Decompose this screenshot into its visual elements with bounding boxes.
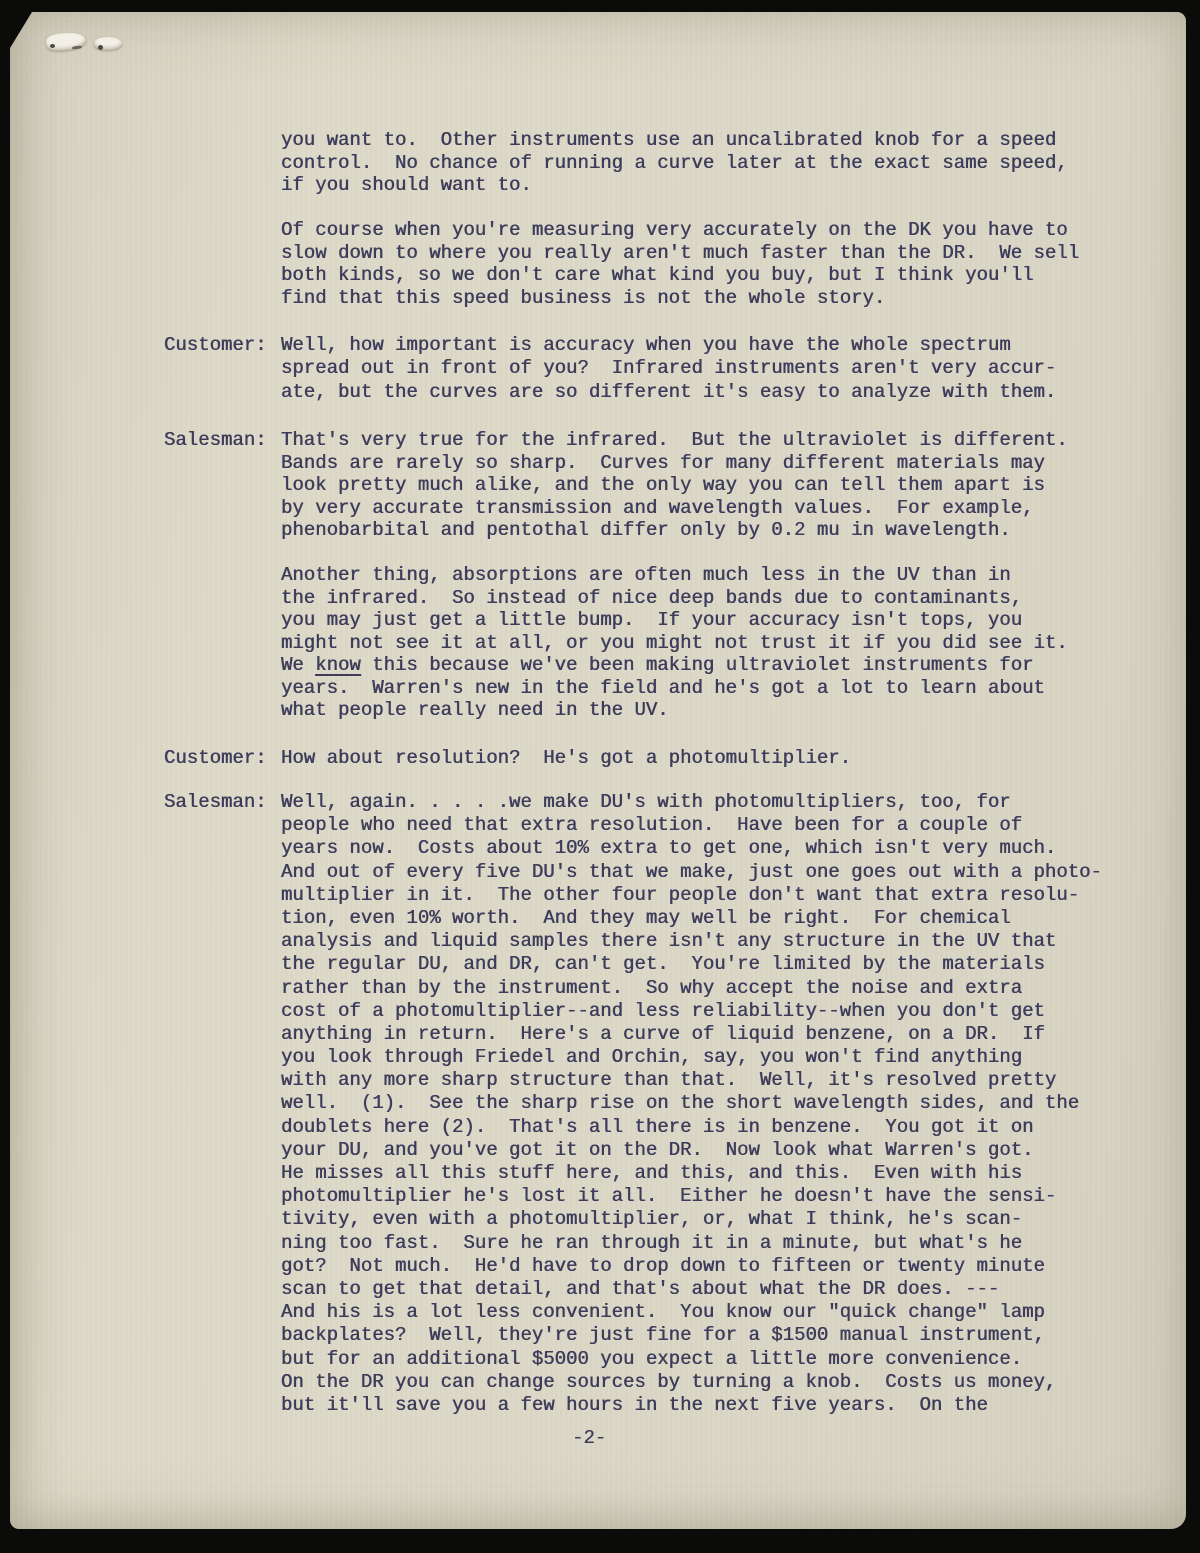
underlined-word: know — [315, 654, 361, 676]
dialogue-line: got? Not much. He'd have to drop down to… — [281, 1255, 1102, 1278]
dialogue-line: ate, but the curves are so different it'… — [281, 381, 1056, 404]
dialogue-line: tivity, even with a photomultiplier, or,… — [281, 1208, 1102, 1231]
dialogue-line: your DU, and you've got it on the DR. No… — [281, 1139, 1102, 1162]
dialogue-line: Well, how important is accuracy when you… — [281, 334, 1056, 357]
dialogue-line: years. Warren's new in the field and he'… — [281, 677, 1068, 700]
dialogue-line: spread out in front of you? Infrared ins… — [281, 357, 1056, 380]
dialogue-line: Well, again. . . . .we make DU's with ph… — [281, 791, 1102, 814]
dialogue-line: people who need that extra resolution. H… — [281, 814, 1102, 837]
dialogue-line: That's very true for the infrared. But t… — [281, 429, 1068, 452]
dialogue-line: How about resolution? He's got a photomu… — [281, 747, 851, 770]
dialogue-line: Bands are rarely so sharp. Curves for ma… — [281, 452, 1068, 475]
dialogue-line: cost of a photomultiplier--and less reli… — [281, 1000, 1102, 1023]
dialogue-line: phenobarbital and pentothal differ only … — [281, 519, 1068, 542]
dialogue-line: Of course when you're measuring very acc… — [281, 219, 1079, 242]
dialogue-line: what people really need in the UV. — [281, 699, 1068, 722]
speaker-label: Customer: — [164, 747, 267, 770]
speaker-label: Customer: — [164, 334, 267, 357]
dialogue-line: with any more sharp structure than that.… — [281, 1069, 1102, 1092]
page-number: -2- — [572, 1427, 606, 1449]
dialogue-line: you want to. Other instruments use an un… — [281, 129, 1068, 152]
dialogue-line: the infrared. So instead of nice deep ba… — [281, 587, 1068, 610]
dialogue-block: you want to. Other instruments use an un… — [164, 129, 1068, 197]
dialogue-line: by very accurate transmission and wavele… — [281, 497, 1068, 520]
dialogue-line: well. (1). See the sharp rise on the sho… — [281, 1092, 1102, 1115]
dialogue-line: but it'll save you a few hours in the ne… — [281, 1394, 1102, 1417]
dialogue-line: find that this speed business is not the… — [281, 287, 1079, 310]
dialogue-line: photomultiplier he's lost it all. Either… — [281, 1185, 1102, 1208]
dialogue-line: you may just get a little bump. If your … — [281, 609, 1068, 632]
dialogue-block: Another thing, absorptions are often muc… — [164, 564, 1068, 722]
speaker-label: Salesman: — [164, 791, 267, 814]
speaker-label: Salesman: — [164, 429, 267, 452]
dialogue-line: look pretty much alike, and the only way… — [281, 474, 1068, 497]
dialogue-line: He misses all this stuff here, and this,… — [281, 1162, 1102, 1185]
dialogue-block: Customer:Well, how important is accuracy… — [164, 334, 1056, 404]
dialogue-line: multiplier in it. The other four people … — [281, 884, 1102, 907]
dialogue-line: might not see it at all, or you might no… — [281, 632, 1068, 655]
dialogue-line: years now. Costs about 10% extra to get … — [281, 837, 1102, 860]
dialogue-line: but for an additional $5000 you expect a… — [281, 1348, 1102, 1371]
dialogue-block: Salesman:That's very true for the infrar… — [164, 429, 1068, 542]
dialogue-line: And his is a lot less convenient. You kn… — [281, 1301, 1102, 1324]
dialogue-line: ning too fast. Sure he ran through it in… — [281, 1232, 1102, 1255]
dialogue-block: Customer:How about resolution? He's got … — [164, 747, 851, 770]
dialogue-line: rather than by the instrument. So why ac… — [281, 977, 1102, 1000]
dialogue-block: Salesman:Well, again. . . . .we make DU'… — [164, 791, 1102, 1417]
typewritten-text-layer: you want to. Other instruments use an un… — [10, 12, 1186, 1529]
dialogue-line: tion, even 10% worth. And they may well … — [281, 907, 1102, 930]
dialogue-line: anything in return. Here's a curve of li… — [281, 1023, 1102, 1046]
dialogue-line: Another thing, absorptions are often muc… — [281, 564, 1068, 587]
dialogue-line: analysis and liquid samples there isn't … — [281, 930, 1102, 953]
dialogue-line: control. No chance of running a curve la… — [281, 152, 1068, 175]
dialogue-line: if you should want to. — [281, 174, 1068, 197]
paper-sheet: you want to. Other instruments use an un… — [10, 12, 1186, 1529]
dialogue-line: doublets here (2). That's all there is i… — [281, 1116, 1102, 1139]
dialogue-line: slow down to where you really aren't muc… — [281, 242, 1079, 265]
dialogue-line: scan to get that detail, and that's abou… — [281, 1278, 1102, 1301]
dialogue-line: the regular DU, and DR, can't get. You'r… — [281, 953, 1102, 976]
line-segment: this because we've been making ultraviol… — [361, 654, 1034, 676]
dialogue-line: On the DR you can change sources by turn… — [281, 1371, 1102, 1394]
dialogue-line: We know this because we've been making u… — [281, 654, 1068, 677]
dialogue-line: backplates? Well, they're just fine for … — [281, 1324, 1102, 1347]
line-segment: We — [281, 654, 315, 676]
dialogue-line: you look through Friedel and Orchin, say… — [281, 1046, 1102, 1069]
dialogue-line: And out of every five DU's that we make,… — [281, 861, 1102, 884]
dialogue-block: Of course when you're measuring very acc… — [164, 219, 1079, 309]
dialogue-line: both kinds, so we don't care what kind y… — [281, 264, 1079, 287]
